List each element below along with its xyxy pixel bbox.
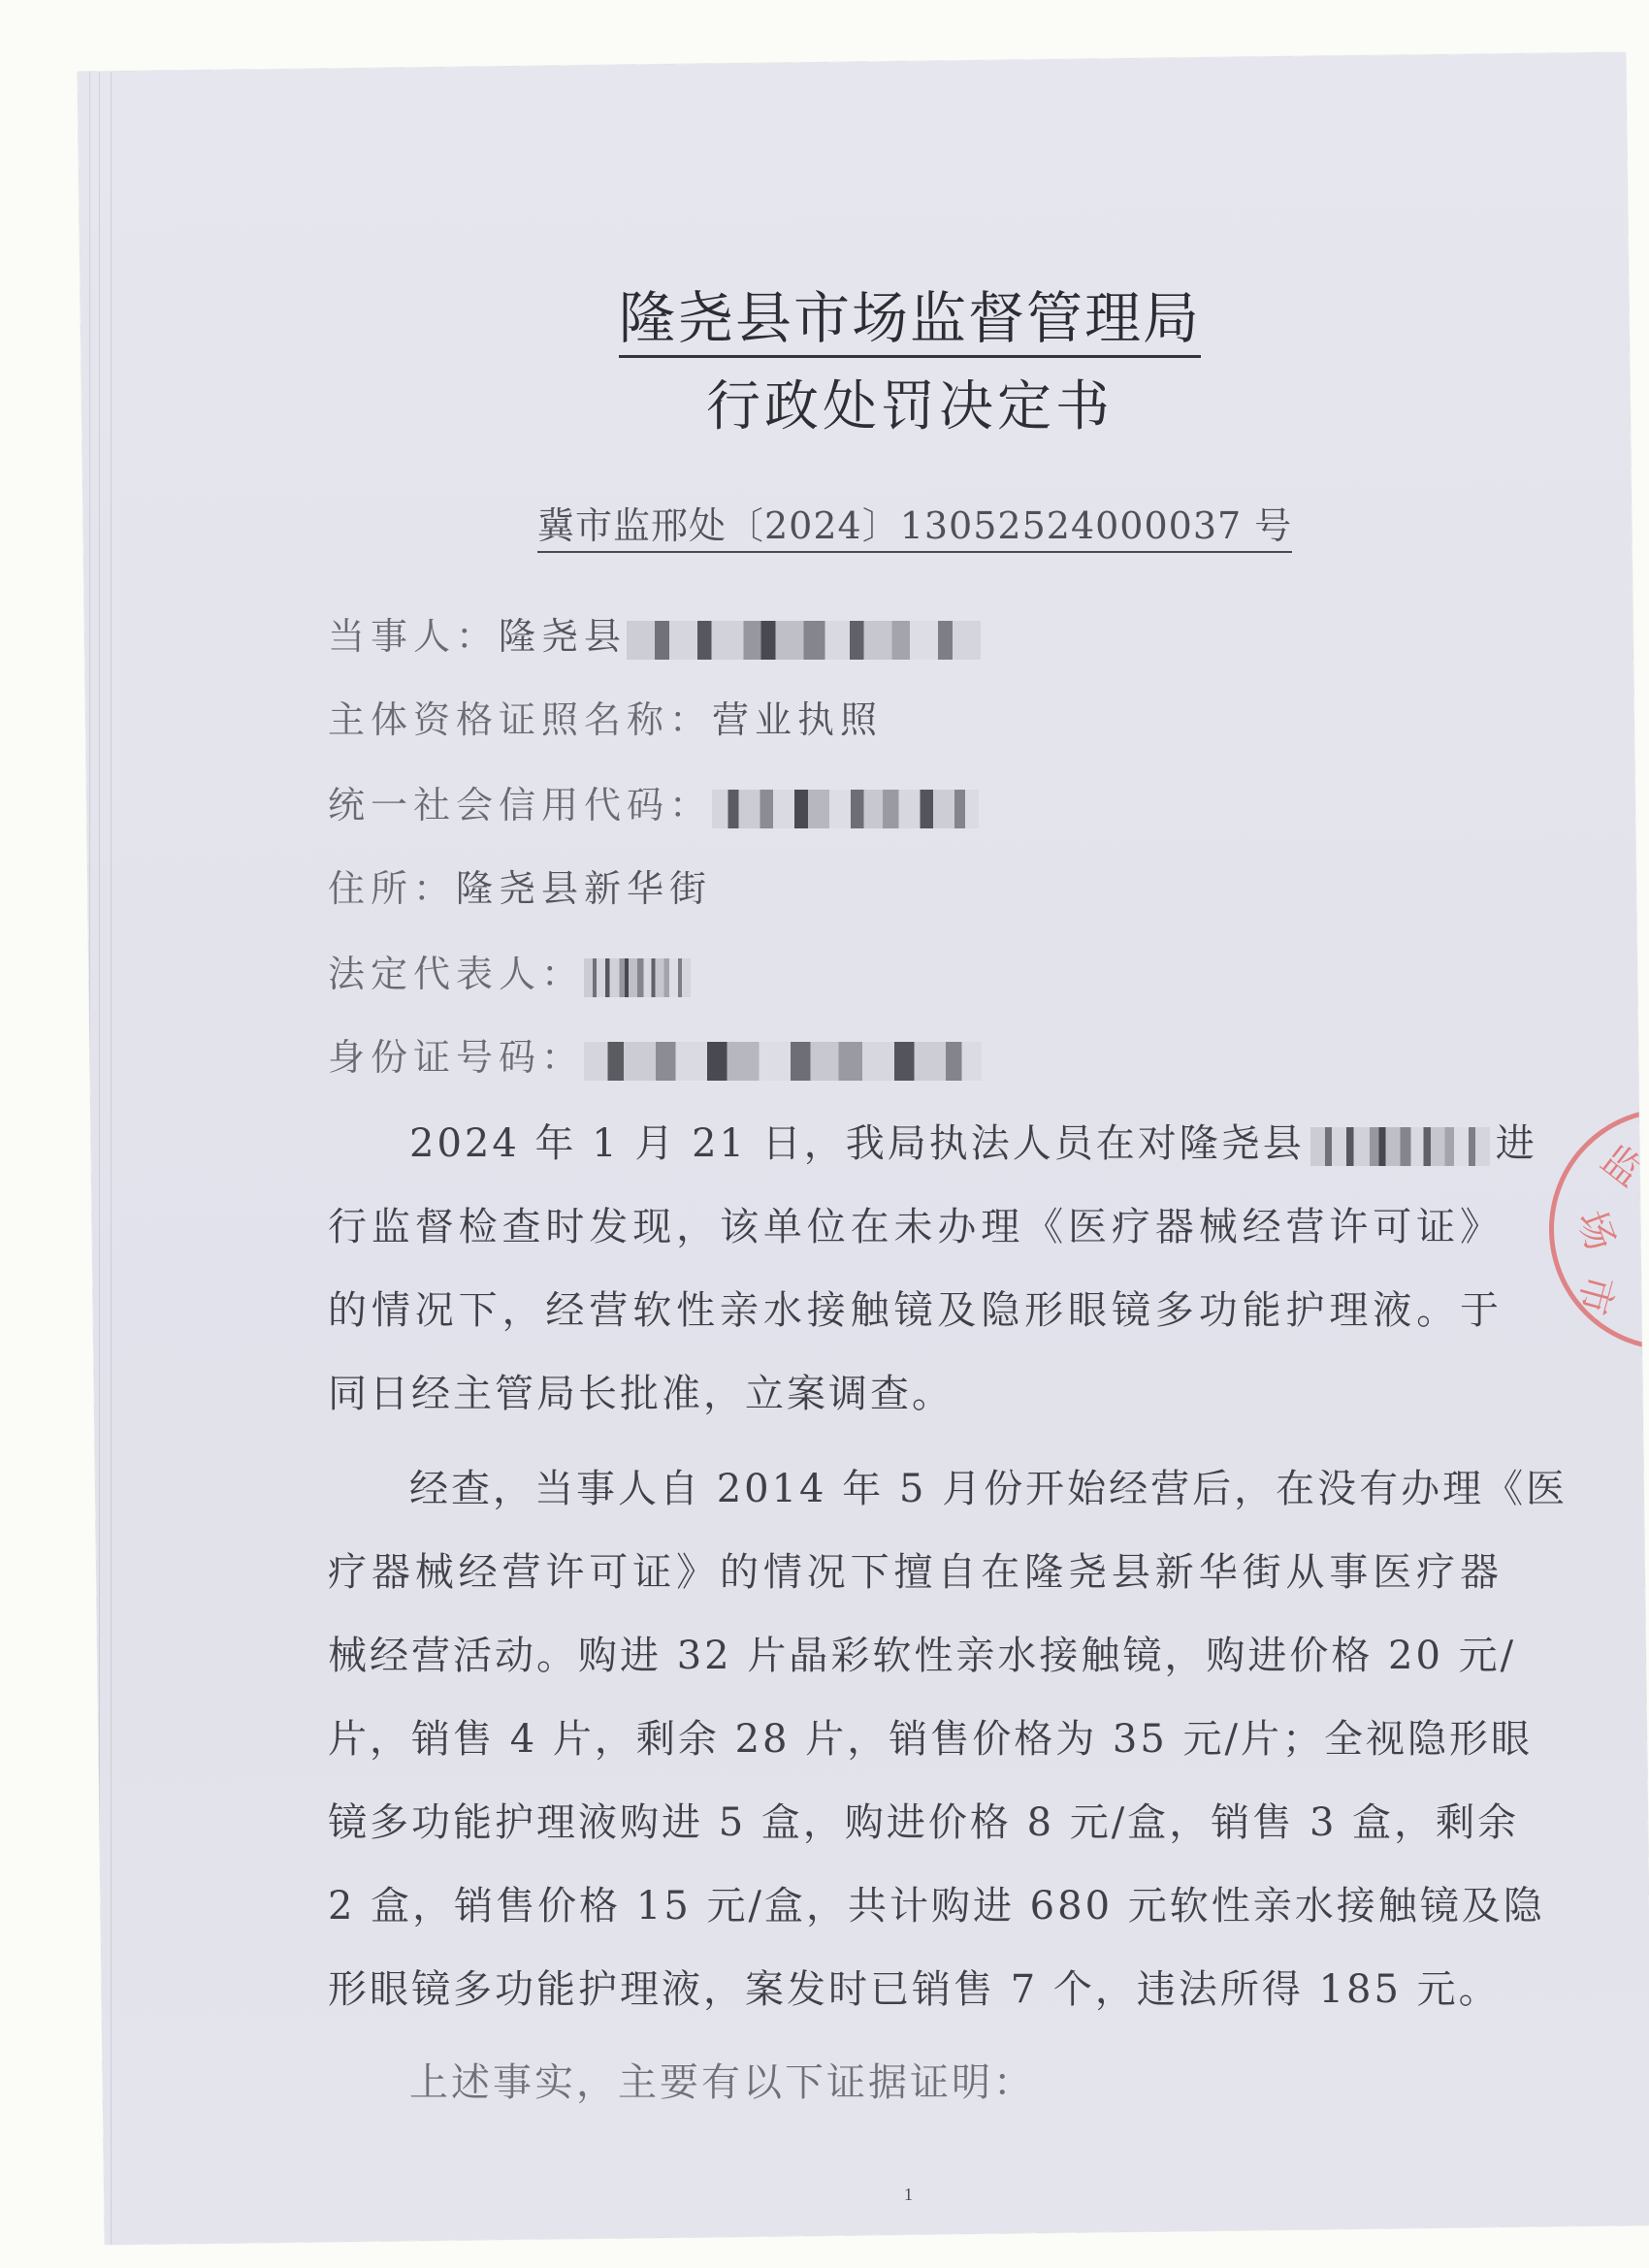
page-number: 1 — [904, 2185, 913, 2205]
redacted-legal-rep — [584, 958, 691, 997]
paragraph-1-line-4: 同日经主管局长批准，立案调查。 — [328, 1372, 1502, 1416]
paper-sheet: 隆尧县市场监督管理局 行政处罚决定书 冀市监邢处〔2024〕1305252400… — [78, 52, 1649, 2245]
paragraph-2-line-6: 2 盒，销售价格 15 元/盒，共计购进 680 元软性亲水接触镜及隐 — [328, 1884, 1502, 1928]
seal-char: 场 — [1566, 1202, 1631, 1257]
paragraph-1-line-3: 的情况下，经营软性亲水接触镜及隐形眼镜多功能护理液。于 — [328, 1288, 1502, 1333]
document-type-title: 行政处罚决定书 — [706, 376, 1114, 438]
redacted-company-name — [1310, 1127, 1490, 1166]
id-number-label: 身份证号码： — [328, 1036, 584, 1079]
scanned-page: 隆尧县市场监督管理局 行政处罚决定书 冀市监邢处〔2024〕1305252400… — [0, 0, 1649, 2268]
paragraph-1-line-1: 2024 年 1 月 21 日，我局执法人员在对隆尧县进 — [409, 1121, 1505, 1166]
redacted-party-name — [627, 621, 981, 660]
paragraph-2-line-7: 形眼镜多功能护理液，案发时已销售 7 个，违法所得 185 元。 — [328, 1967, 1502, 2012]
paragraph-1-line-2: 行监督检查时发现，该单位在未办理《医疗器械经营许可证》 — [328, 1205, 1502, 1249]
paragraph-2-line-4: 片，销售 4 片，剩余 28 片，销售价格为 35 元/片；全视隐形眼 — [328, 1717, 1502, 1762]
paragraph-2-line-5: 镜多功能护理液购进 5 盒，购进价格 8 元/盒，销售 3 盒，剩余 — [328, 1800, 1502, 1845]
binding-edge-line — [89, 72, 90, 2245]
redacted-id-number — [584, 1042, 982, 1081]
address-label: 住所： — [328, 867, 456, 910]
paragraph-2-line-2: 疗器械经营许可证》的情况下擅自在隆尧县新华街从事医疗器 — [328, 1550, 1502, 1595]
paragraph-2-line-1: 经查，当事人自 2014 年 5 月份开始经营后，在没有办理《医 — [409, 1467, 1502, 1511]
seal-char: 市 — [1567, 1270, 1630, 1321]
official-seal: 监 场 市 — [1549, 1108, 1649, 1350]
license-type-field: 主体资格证照名称：营业执照 — [328, 698, 883, 741]
license-type-label: 主体资格证照名称： — [328, 698, 712, 741]
address-value: 隆尧县新华街 — [456, 867, 712, 910]
binding-edge-line — [99, 72, 100, 2245]
credit-code-label: 统一社会信用代码： — [328, 784, 712, 826]
binding-edge-line — [111, 72, 112, 2245]
party-name-value: 隆尧县 — [499, 615, 627, 658]
party-name-field: 当事人：隆尧县 — [328, 615, 981, 660]
party-name-label: 当事人： — [328, 615, 499, 658]
legal-rep-label: 法定代表人： — [328, 953, 584, 995]
redacted-credit-code — [712, 790, 979, 828]
address-field: 住所：隆尧县新华街 — [328, 867, 712, 910]
license-type-value: 营业执照 — [712, 698, 883, 741]
id-number-field: 身份证号码： — [328, 1036, 982, 1081]
agency-title: 隆尧县市场监督管理局 — [619, 287, 1201, 358]
paragraph-3-line-1: 上述事实，主要有以下证据证明： — [409, 2060, 1185, 2105]
paragraph-2-line-3: 械经营活动。购进 32 片晶彩软性亲水接触镜，购进价格 20 元/ — [328, 1634, 1502, 1678]
seal-char: 监 — [1592, 1130, 1649, 1198]
credit-code-field: 统一社会信用代码： — [328, 784, 979, 828]
legal-rep-field: 法定代表人： — [328, 953, 691, 997]
document-number: 冀市监邢处〔2024〕13052524000037 号 — [537, 504, 1292, 553]
